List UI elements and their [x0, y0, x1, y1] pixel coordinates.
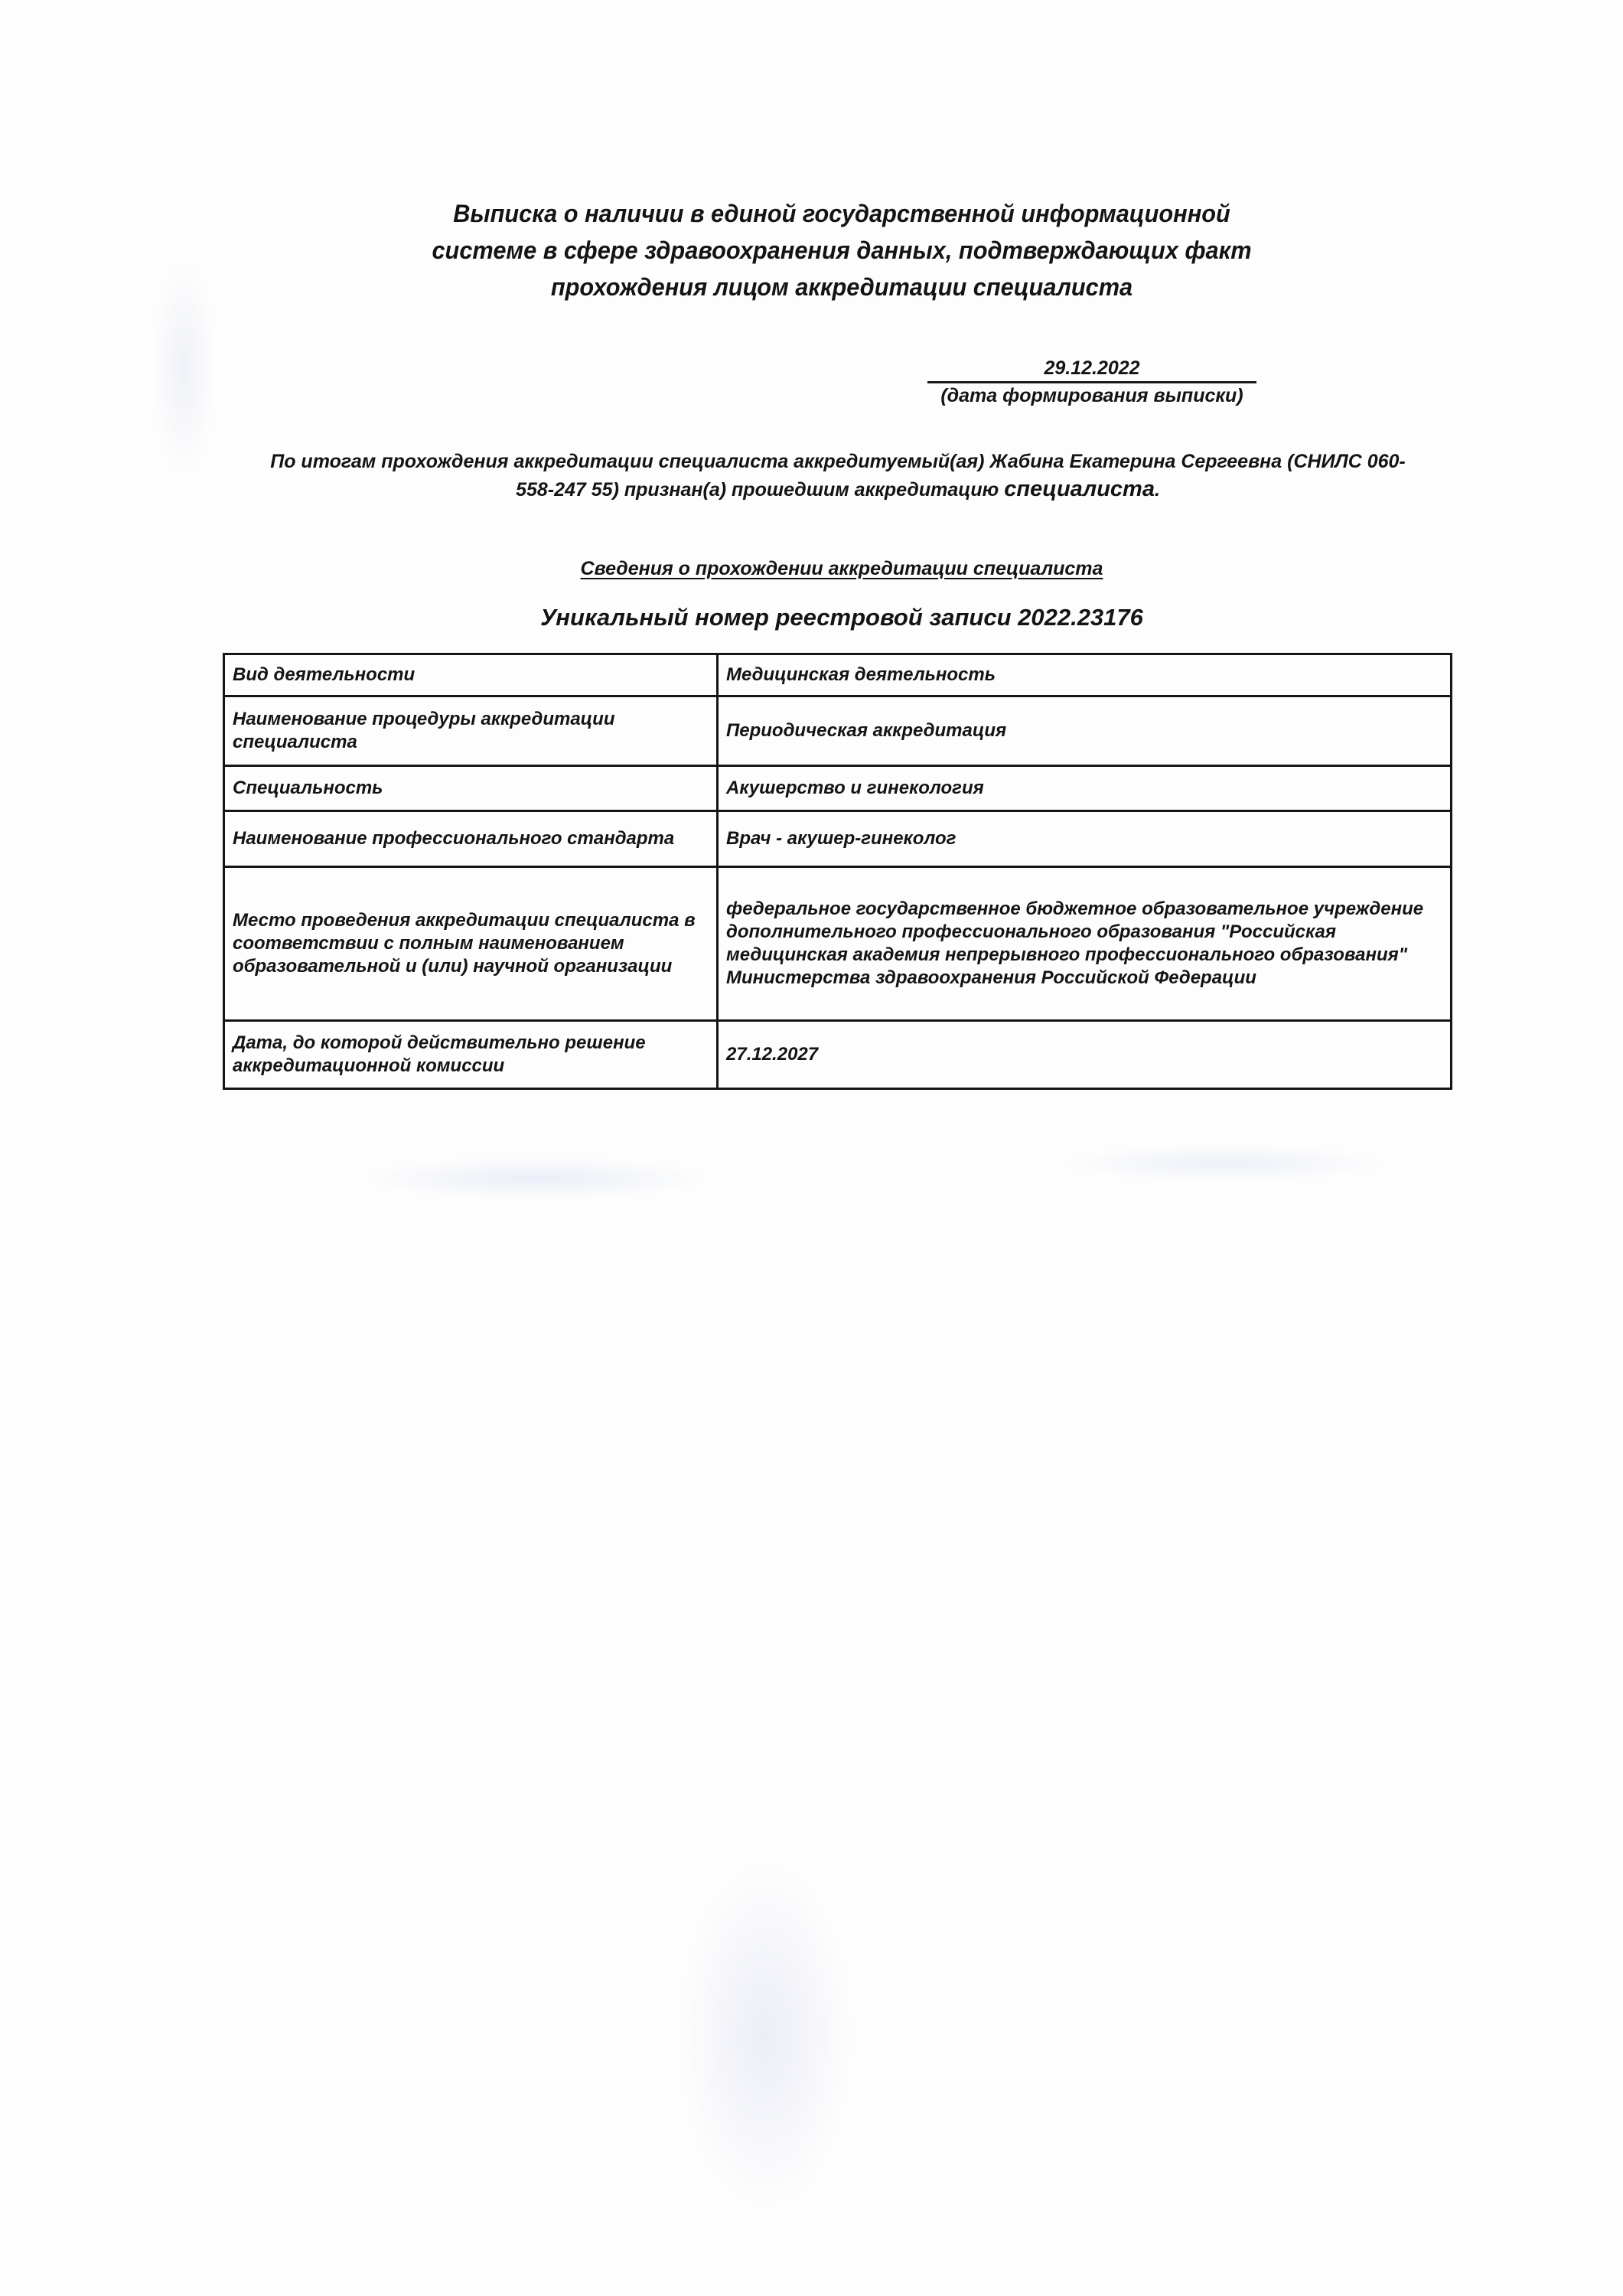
intro-emphasis: специалиста	[1004, 477, 1155, 501]
row-label: Специальность	[224, 766, 718, 811]
issue-date-block: 29.12.2022 (дата формирования выписки)	[927, 356, 1256, 408]
row-value: федеральное государственное бюджетное об…	[718, 867, 1452, 1021]
row-label: Место проведения аккредитации специалист…	[224, 867, 718, 1021]
intro-line-1: По итогам прохождения аккредитации специ…	[222, 448, 1454, 475]
table-row: Специальность Акушерство и гинекология	[224, 766, 1452, 811]
title-line: Выписка о наличии в единой государственн…	[386, 195, 1297, 232]
table-row: Вид деятельности Медицинская деятельност…	[224, 654, 1452, 696]
table-row: Дата, до которой действительно решение а…	[224, 1021, 1452, 1089]
issue-date: 29.12.2022	[927, 356, 1256, 383]
issue-date-caption: (дата формирования выписки)	[927, 383, 1256, 408]
row-value: Врач - акушер-гинеколог	[718, 811, 1452, 867]
accreditation-info-table: Вид деятельности Медицинская деятельност…	[223, 653, 1452, 1090]
row-value: Акушерство и гинекология	[718, 766, 1452, 811]
row-label: Дата, до которой действительно решение а…	[224, 1021, 718, 1089]
title-line: системе в сфере здравоохранения данных, …	[386, 232, 1297, 269]
table-row: Наименование профессионального стандарта…	[224, 811, 1452, 867]
registry-number: Уникальный номер реестровой записи 2022.…	[429, 602, 1255, 633]
title-line: прохождения лицом аккредитации специалис…	[386, 269, 1297, 305]
row-value: Медицинская деятельность	[718, 654, 1452, 696]
row-value: 27.12.2027	[718, 1021, 1452, 1089]
intro-line-2-text: 558-247 55) признан(а) прошедшим аккреди…	[516, 479, 1004, 501]
row-value: Периодическая аккредитация	[718, 696, 1452, 766]
scanned-page: Выписка о наличии в единой государственн…	[0, 0, 1623, 2296]
document-title: Выписка о наличии в единой государственн…	[386, 195, 1297, 305]
table-row: Место проведения аккредитации специалист…	[224, 867, 1452, 1021]
intro-line-2: 558-247 55) признан(а) прошедшим аккреди…	[222, 475, 1454, 504]
row-label: Наименование профессионального стандарта	[224, 811, 718, 867]
intro-paragraph: По итогам прохождения аккредитации специ…	[222, 448, 1454, 504]
intro-line-2-end: .	[1155, 479, 1160, 501]
row-label: Наименование процедуры аккредитации спец…	[224, 696, 718, 766]
row-label: Вид деятельности	[224, 654, 718, 696]
table-row: Наименование процедуры аккредитации спец…	[224, 696, 1452, 766]
section-heading: Сведения о прохождении аккредитации спец…	[459, 556, 1224, 581]
